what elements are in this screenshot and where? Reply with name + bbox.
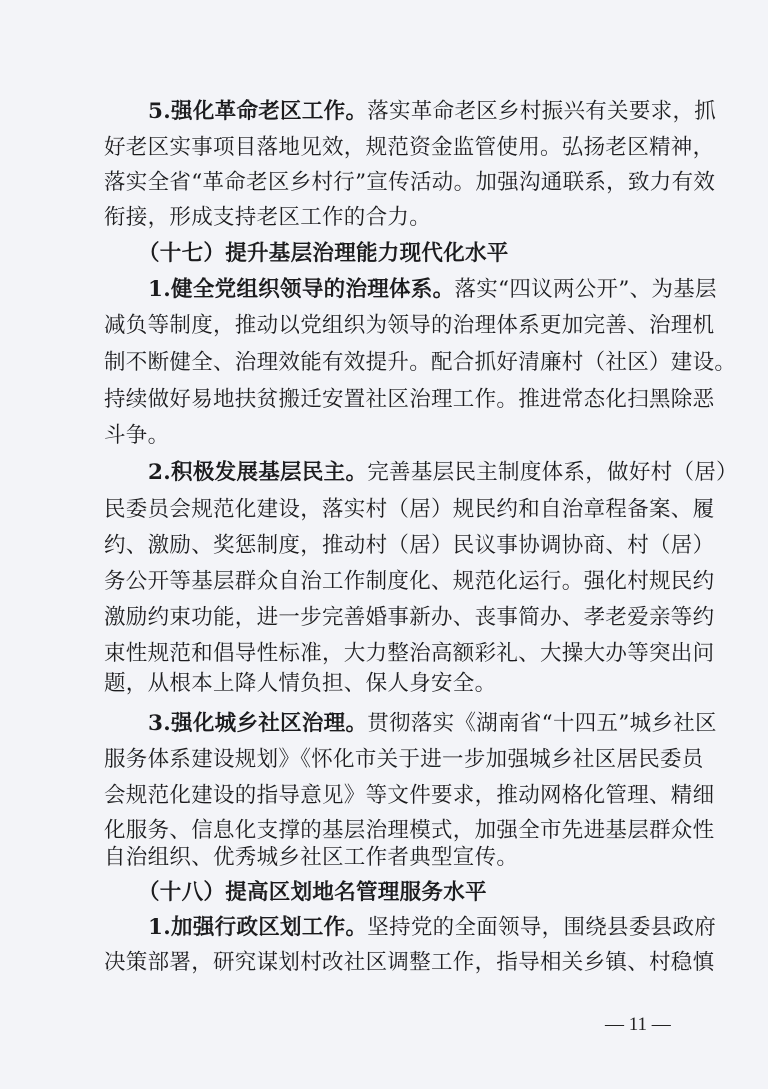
paragraph-line: 自治组织、优秀城乡社区工作者典型宣传。: [104, 842, 518, 874]
paragraph-text: 贯彻落实《湖南省“十四五”城乡社区: [367, 711, 717, 736]
paragraph-line: 务公开等基层群众自治工作制度化、规范化运行。强化村规民约: [104, 566, 668, 598]
paragraph-text: 落实“四议两公开”、为基层: [454, 277, 716, 302]
paragraph-line: 决策部署，研究谋划村改社区调整工作，指导相关乡镇、村稳慎: [104, 947, 668, 979]
paragraph-lead: 2.积极发展基层民主。: [148, 460, 367, 485]
paragraph-text: 斗争。: [104, 423, 169, 448]
paragraph-line: 衔接，形成支持老区工作的合力。: [104, 202, 431, 234]
paragraph-text: 题，从根本上降人情负担、保人身安全。: [104, 671, 496, 696]
paragraph-text: 务公开等基层群众自治工作制度化、规范化运行。强化村规民约: [104, 569, 714, 594]
paragraph-line: 持续做好易地扶贫搬迁安置社区治理工作。推进常态化扫黑除恶: [104, 384, 668, 416]
paragraph-text: 民委员会规范化建设，落实村（居）规民约和自治章程备案、履: [104, 497, 714, 522]
paragraph-line: 民委员会规范化建设，落实村（居）规民约和自治章程备案、履: [104, 494, 668, 526]
paragraph-line: 约、激励、奖惩制度，推动村（居）民议事协调协商、村（居）: [104, 530, 668, 562]
paragraph-text: 服务体系建设规划》《怀化市关于进一步加强城乡社区居民委员: [104, 747, 704, 772]
paragraph-heading-line: 5.强化革命老区工作。落实革命老区乡村振兴有关要求，抓: [148, 96, 668, 128]
paragraph-line: 激励约束功能，进一步完善婚事新办、丧事简办、孝老爱亲等约: [104, 602, 668, 634]
paragraph-line: 斗争。: [104, 420, 169, 452]
paragraph-text: 化服务、信息化支撑的基层治理模式，加强全市先进基层群众性: [104, 818, 714, 843]
paragraph-lead: 5.强化革命老区工作。: [148, 99, 367, 124]
paragraph-text: 落实全省“革命老区乡村行”宣传活动。加强沟通联系，致力有效: [104, 170, 715, 195]
paragraph-heading-line: 1.健全党组织领导的治理体系。落实“四议两公开”、为基层: [148, 274, 668, 306]
paragraph-line: 落实全省“革命老区乡村行”宣传活动。加强沟通联系，致力有效: [104, 167, 668, 199]
page-number: — 11 —: [605, 1014, 671, 1036]
paragraph-line: 好老区实事项目落地见效，规范资金监管使用。弘扬老区精神，: [104, 132, 668, 164]
paragraph-heading-line: 1.加强行政区划工作。坚持党的全面领导，围绕县委县政府: [148, 912, 668, 944]
paragraph-line: 题，从根本上降人情负担、保人身安全。: [104, 668, 496, 700]
paragraph-text: 束性规范和倡导性标准，大力整治高额彩礼、大操大办等突出问: [104, 641, 714, 666]
paragraph-text: 制不断健全、治理效能有效提升。配合抓好清廉村（社区）建设。: [104, 350, 736, 375]
paragraph-text: 坚持党的全面领导，围绕县委县政府: [367, 915, 716, 940]
section-heading-17: （十七）提升基层治理能力现代化水平: [138, 238, 509, 270]
paragraph-line: 减负等制度，推动以党组织为领导的治理体系更加完善、治理机: [104, 310, 668, 342]
paragraph-lead: 1.健全党组织领导的治理体系。: [148, 277, 454, 302]
paragraph-line: 束性规范和倡导性标准，大力整治高额彩礼、大操大办等突出问: [104, 638, 668, 670]
paragraph-text: 决策部署，研究谋划村改社区调整工作，指导相关乡镇、村稳慎: [104, 950, 714, 975]
paragraph-line: 制不断健全、治理效能有效提升。配合抓好清廉村（社区）建设。: [104, 347, 668, 379]
paragraph-line: 会规范化建设的指导意见》等文件要求，推动网格化管理、精细: [104, 780, 668, 812]
paragraph-lead: 3.强化城乡社区治理。: [148, 711, 367, 736]
paragraph-text: 好老区实事项目落地见效，规范资金监管使用。弘扬老区精神，: [104, 135, 714, 160]
section-heading-18: （十八）提高区划地名管理服务水平: [138, 877, 487, 909]
paragraph-text: 激励约束功能，进一步完善婚事新办、丧事简办、孝老爱亲等约: [104, 605, 714, 630]
section-heading-text: （十八）提高区划地名管理服务水平: [138, 880, 487, 905]
paragraph-text: 会规范化建设的指导意见》等文件要求，推动网格化管理、精细: [104, 783, 714, 808]
document-page: 5.强化革命老区工作。落实革命老区乡村振兴有关要求，抓 好老区实事项目落地见效，…: [0, 0, 768, 1089]
paragraph-text: 约、激励、奖惩制度，推动村（居）民议事协调协商、村（居）: [104, 533, 714, 558]
paragraph-line: 服务体系建设规划》《怀化市关于进一步加强城乡社区居民委员: [104, 744, 668, 776]
paragraph-text: 落实革命老区乡村振兴有关要求，抓: [367, 99, 716, 124]
paragraph-text: 持续做好易地扶贫搬迁安置社区治理工作。推进常态化扫黑除恶: [104, 387, 714, 412]
paragraph-text: 衔接，形成支持老区工作的合力。: [104, 205, 431, 230]
paragraph-text: 减负等制度，推动以党组织为领导的治理体系更加完善、治理机: [104, 313, 714, 338]
paragraph-text: 完善基层民主制度体系，做好村（居）: [367, 460, 738, 485]
paragraph-lead: 1.加强行政区划工作。: [148, 915, 367, 940]
section-heading-text: （十七）提升基层治理能力现代化水平: [138, 241, 509, 266]
paragraph-heading-line: 3.强化城乡社区治理。贯彻落实《湖南省“十四五”城乡社区: [148, 708, 668, 740]
paragraph-heading-line: 2.积极发展基层民主。完善基层民主制度体系，做好村（居）: [148, 457, 668, 489]
paragraph-text: 自治组织、优秀城乡社区工作者典型宣传。: [104, 845, 518, 870]
